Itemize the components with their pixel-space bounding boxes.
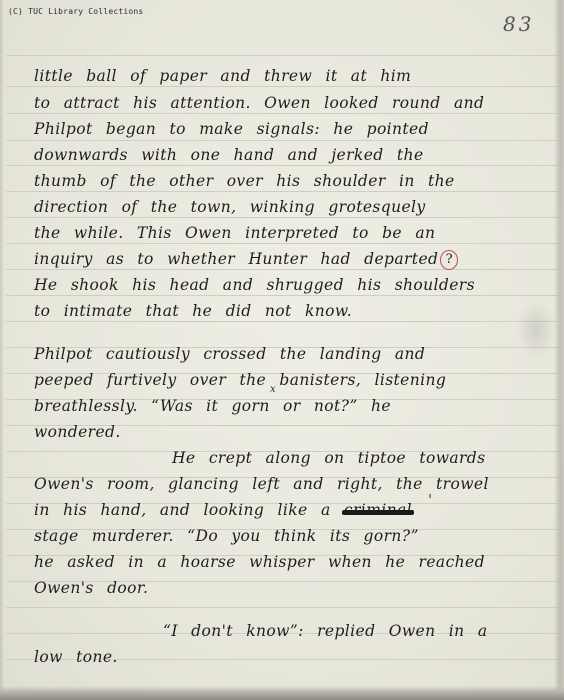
text-line: inquiry as to whether Hunter had departe… — [34, 250, 438, 268]
red-circled-query-mark: ? — [440, 250, 458, 270]
text-line: peeped furtively over the banisters, lis… — [34, 371, 446, 389]
text-line: thumb of the other over his shoulder in … — [34, 172, 455, 190]
struck-through-word: criminal — [344, 501, 412, 519]
text-line: He crept along on tiptoe towards — [172, 449, 485, 467]
text-line: wondered. — [34, 423, 121, 441]
text-line: Philpot began to make signals: he pointe… — [34, 120, 429, 138]
insertion-mark: x — [270, 384, 276, 395]
text-line: stage murderer. “Do you think its gorn?” — [34, 527, 419, 545]
copyright-watermark: (C) TUC Library Collections — [8, 7, 143, 16]
page-edge-left — [0, 0, 4, 700]
text-line: to attract his attention. Owen looked ro… — [34, 94, 484, 112]
text-line-with-query: inquiry as to whether Hunter had departe… — [34, 250, 458, 270]
text-line: Owen's door. — [34, 579, 148, 597]
paper-smudge — [516, 300, 556, 360]
text-line: “I don't know”: replied Owen in a — [163, 622, 487, 640]
text-line: He shook his head and shrugged his shoul… — [34, 276, 475, 294]
text-line: to intimate that he did not know. — [34, 302, 352, 320]
manuscript-page: (C) TUC Library Collections 83 little ba… — [0, 0, 564, 700]
text-line: in his hand, and looking like a — [34, 501, 331, 519]
red-ink-mark — [429, 494, 431, 498]
text-line: breathlessly. “Was it gorn or not?” he — [34, 397, 391, 415]
text-line-with-strikethrough: in his hand, and looking like a criminal — [34, 501, 412, 519]
text-line: Owen's room, glancing left and right, th… — [34, 475, 489, 493]
page-number: 83 — [503, 12, 534, 36]
text-line: little ball of paper and threw it at him — [34, 67, 411, 85]
text-line: the while. This Owen interpreted to be a… — [34, 224, 435, 242]
page-edge-bottom — [0, 686, 564, 700]
text-line: low tone. — [34, 648, 118, 666]
text-line: downwards with one hand and jerked the — [34, 146, 424, 164]
text-line: he asked in a hoarse whisper when he rea… — [34, 553, 485, 571]
text-line: direction of the town, winking grotesque… — [34, 198, 426, 216]
text-line: Philpot cautiously crossed the landing a… — [34, 345, 425, 363]
